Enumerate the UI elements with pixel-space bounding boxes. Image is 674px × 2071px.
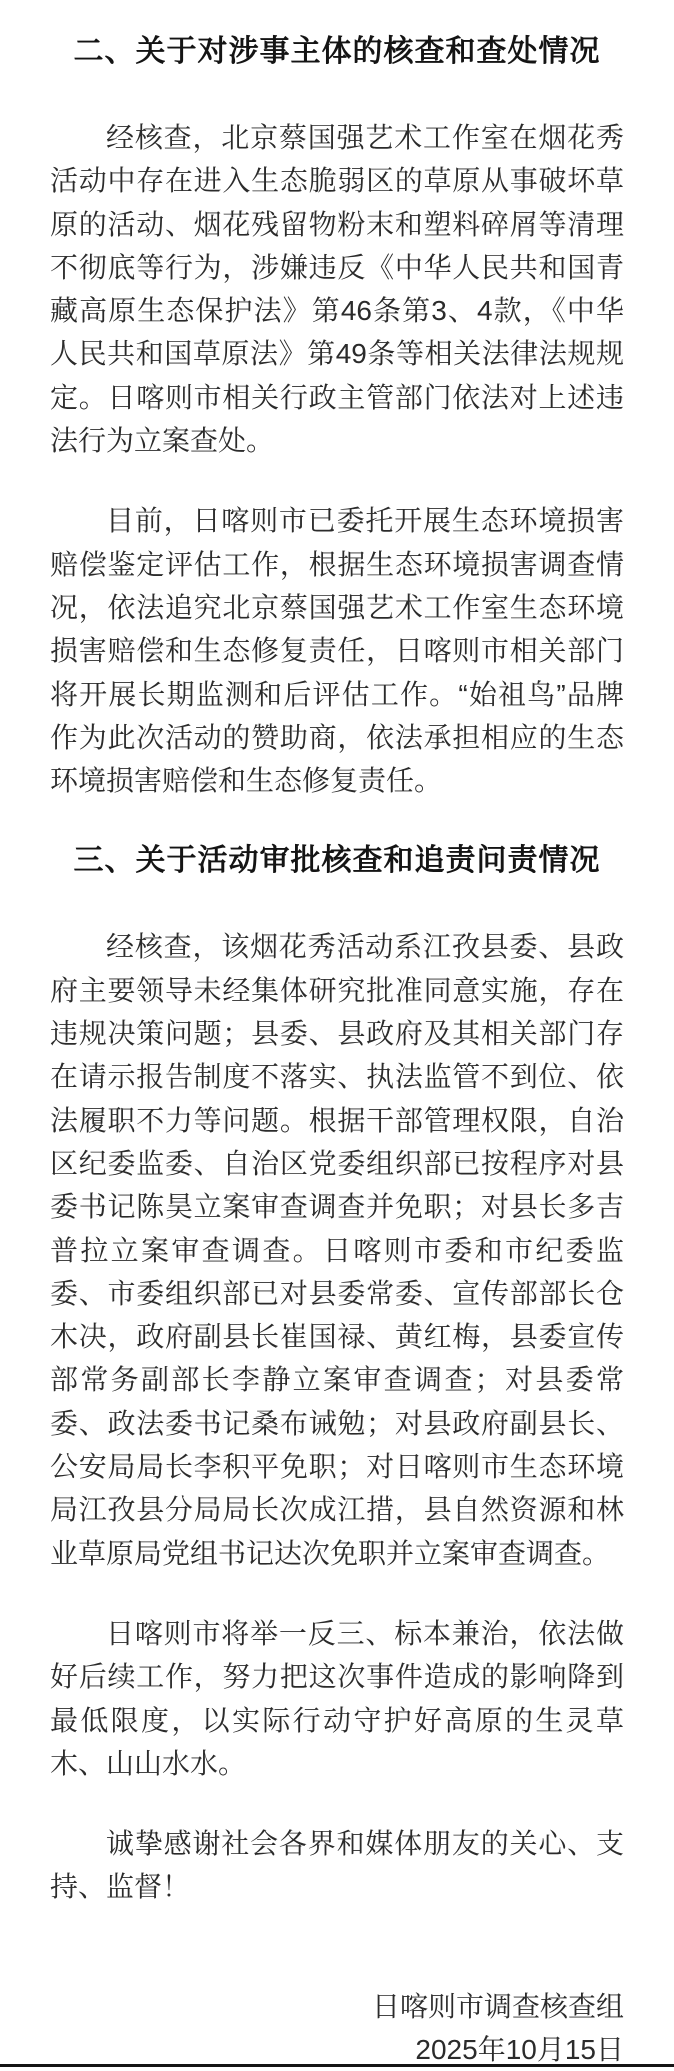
paragraph-thanks: 诚挚感谢社会各界和媒体朋友的关心、支持、监督！ [50,1822,624,1909]
signature-org: 日喀则市调查核查组 [50,1985,624,2028]
section-3-heading: 三、关于活动审批核查和追责问责情况 [50,839,624,883]
announcement-document: 二、关于对涉事主体的核查和查处情况 经核查，北京蔡国强艺术工作室在烟花秀活动中存… [0,0,674,2071]
paragraph-accountability-actions: 经核查，该烟花秀活动系江孜县委、县政府主要领导未经集体研究批准同意实施，存在违规… [50,925,624,1574]
bottom-divider [0,2064,674,2067]
signature-block: 日喀则市调查核查组 2025年10月15日 [50,1985,624,2071]
paragraph-damage-assessment: 目前，日喀则市已委托开展生态环境损害赔偿鉴定评估工作，根据生态环境损害调查情况，… [50,499,624,802]
paragraph-followup-commitment: 日喀则市将举一反三、标本兼治，依法做好后续工作，努力把这次事件造成的影响降到最低… [50,1612,624,1785]
section-2-heading: 二、关于对涉事主体的核查和查处情况 [50,30,624,74]
paragraph-verification-findings: 经核查，北京蔡国强艺术工作室在烟花秀活动中存在进入生态脆弱区的草原从事破坏草原的… [50,116,624,462]
